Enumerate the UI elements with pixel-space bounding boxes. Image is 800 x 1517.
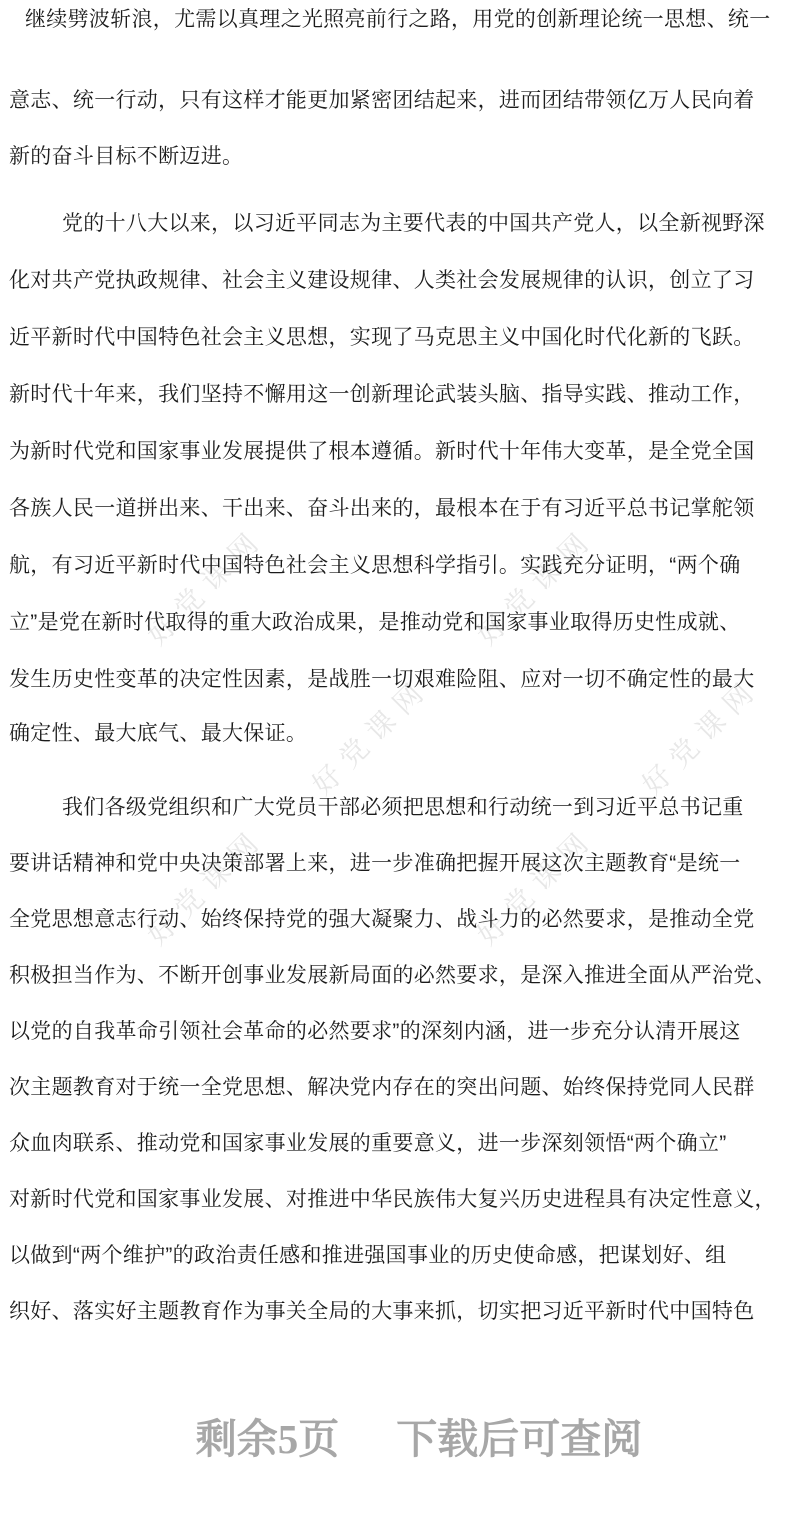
text-line: 次主题教育对于统一全党思想、解决党内存在的突出问题、始终保持党同人民群 [9, 1074, 755, 1101]
text-line: 以做到“两个维护”的政治责任感和推进强国事业的历史使命感，把谋划好、组 [9, 1242, 726, 1269]
text-line: 近平新时代中国特色社会主义思想，实现了马克思主义中国化时代化新的飞跃。 [9, 324, 755, 351]
text-line: 积极担当作为、不断开创事业发展新局面的必然要求，是深入推进全面从严治党、 [9, 962, 776, 989]
text-line: 各族人民一道拼出来、干出来、奋斗出来的，最根本在于有习近平总书记掌舵领 [9, 495, 755, 522]
text-line: 新的奋斗目标不断迈进。 [9, 143, 243, 170]
text-line: 以党的自我革命引领社会革命的必然要求”的深刻内涵，进一步充分认清开展这 [9, 1018, 741, 1045]
text-line: 党的十八大以来，以习近平同志为主要代表的中国共产党人，以全新视野深 [9, 210, 765, 237]
text-line: 发生历史性变革的决定性因素，是战胜一切艰难险阻、应对一切不确定性的最大 [9, 666, 755, 693]
text-line: 我们各级党组织和广大党员干部必须把思想和行动统一到习近平总书记重 [9, 794, 744, 821]
text-line: 立”是党在新时代取得的重大政治成果，是推动党和国家事业取得历史性成就、 [9, 609, 741, 636]
text-line: 继续劈波斩浪，尤需以真理之光照亮前行之路，用党的创新理论统一思想、统一 [25, 6, 771, 33]
text-line: 众血肉联系、推动党和国家事业发展的重要意义，进一步深刻领悟“两个确立” [9, 1130, 726, 1157]
page-footer: 剩余5页下载后可查阅 [0, 1416, 800, 1462]
text-line: 化对共产党执政规律、社会主义建设规律、人类社会发展规律的认识，创立了习 [9, 267, 755, 294]
text-line: 航，有习近平新时代中国特色社会主义思想科学指引。实践充分证明，“两个确 [9, 552, 741, 579]
text-line: 对新时代党和国家事业发展、对推进中华民族伟大复兴历史进程具有决定性意义， [9, 1186, 776, 1213]
remaining-pages-label: 剩余5页 [196, 1416, 340, 1462]
text-line: 织好、落实好主题教育作为事关全局的大事来抓，切实把习近平新时代中国特色 [9, 1298, 755, 1325]
text-line: 为新时代党和国家事业发展提供了根本遵循。新时代十年伟大变革，是全党全国 [9, 438, 755, 465]
text-line: 确定性、最大底气、最大保证。 [9, 720, 307, 747]
text-line: 新时代十年来，我们坚持不懈用这一创新理论武装头脑、指导实践、推动工作， [9, 381, 755, 408]
document-page: 好党课网 好党课网 好党课网 好党课网 好党课网 好党课网 好党课网 继续劈波斩… [0, 0, 800, 1517]
text-line: 意志、统一行动，只有这样才能更加紧密团结起来，进而团结带领亿万人民向着 [9, 87, 755, 114]
download-hint-label: 下载后可查阅 [396, 1416, 642, 1462]
text-line: 全党思想意志行动、始终保持党的强大凝聚力、战斗力的必然要求，是推动全党 [9, 906, 755, 933]
text-line: 要讲话精神和党中央决策部署上来，进一步准确把握开展这次主题教育“是统一 [9, 850, 741, 877]
